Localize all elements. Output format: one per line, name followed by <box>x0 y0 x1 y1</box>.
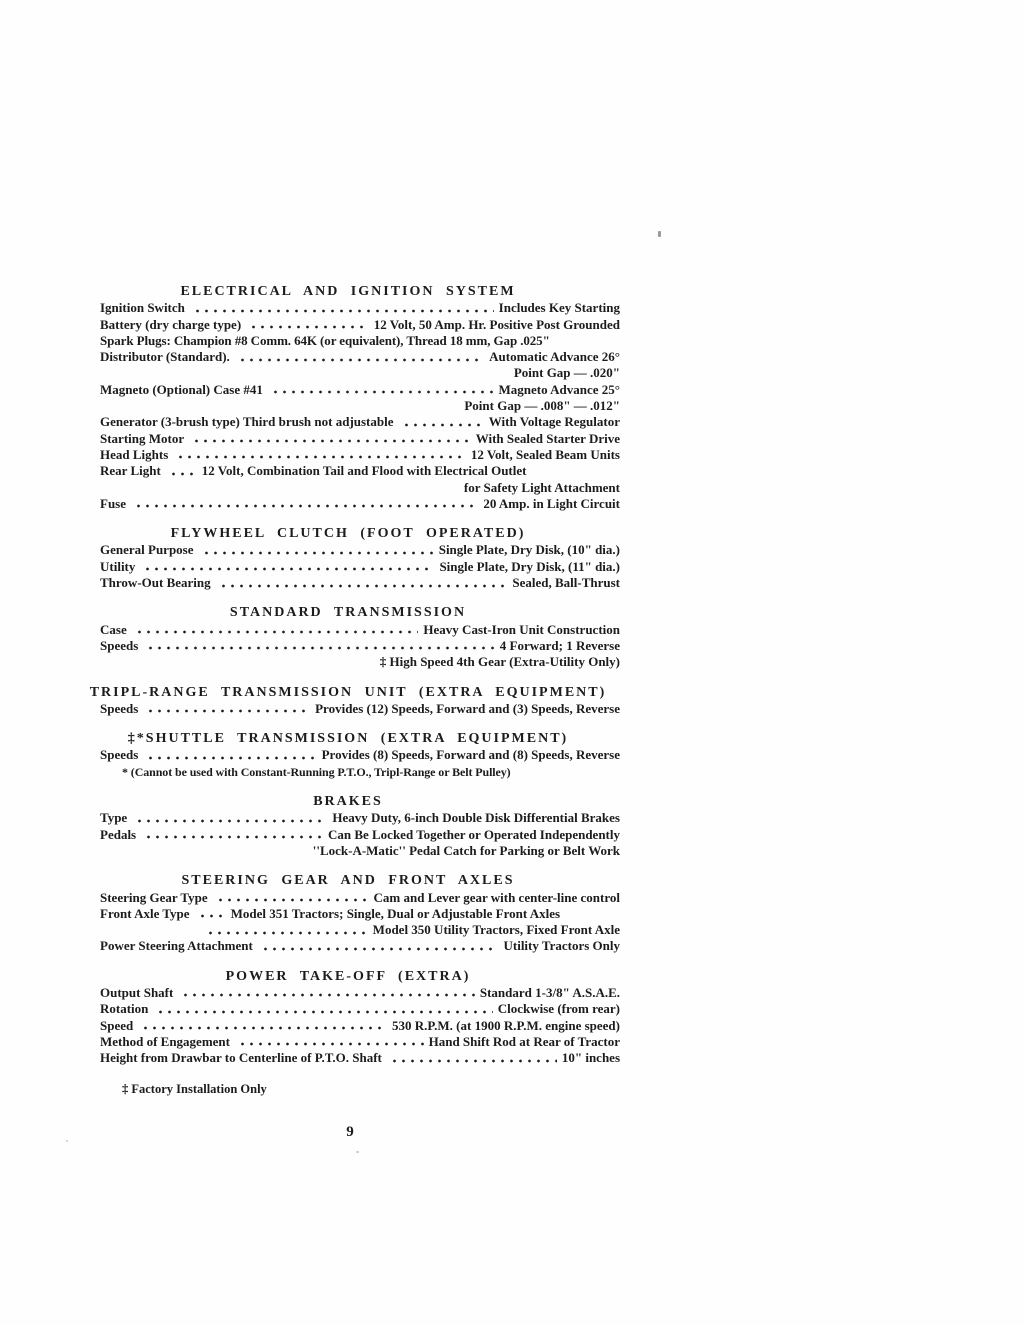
spec-label: Height from Drawbar to Centerline of P.T… <box>100 1050 382 1066</box>
spec-value: Magneto Advance 25° <box>499 382 620 398</box>
section: STEERING GEAR AND FRONT AXLESSteering Ge… <box>100 873 620 954</box>
spec-label: Speed <box>100 1018 133 1034</box>
spec-label: Front Axle Type <box>100 906 190 922</box>
spec-line: Rear Light12 Volt, Combination Tail and … <box>100 463 620 479</box>
dot-leader <box>139 1018 387 1034</box>
spec-text: ‡ High Speed 4th Gear (Extra-Utility Onl… <box>380 654 620 670</box>
spec-value: Includes Key Starting <box>499 300 620 316</box>
dot-leader <box>132 496 478 512</box>
dot-leader <box>142 827 323 843</box>
section-title: ‡*SHUTTLE TRANSMISSION (EXTRA EQUIPMENT) <box>88 731 608 747</box>
dot-leader <box>388 1050 557 1066</box>
spec-value: Single Plate, Dry Disk, (10" dia.) <box>439 542 620 558</box>
spec-value: With Sealed Starter Drive <box>476 431 620 447</box>
dot-leader <box>214 890 369 906</box>
spec-label: Ignition Switch <box>100 300 185 316</box>
spec-label: Output Shaft <box>100 985 173 1001</box>
section: BRAKESTypeHeavy Duty, 6-inch Double Disk… <box>100 794 620 859</box>
spec-value: Clockwise (from rear) <box>498 1001 620 1017</box>
spec-label: Generator (3-brush type) Third brush not… <box>100 414 394 430</box>
spec-content: ELECTRICAL AND IGNITION SYSTEMIgnition S… <box>100 284 620 1066</box>
spec-line: Point Gap — .008" — .012" <box>100 398 620 414</box>
spec-line: Distributor (Standard).Automatic Advance… <box>100 349 620 365</box>
spec-label: General Purpose <box>100 542 194 558</box>
spec-value: Provides (12) Speeds, Forward and (3) Sp… <box>315 701 620 717</box>
section: STANDARD TRANSMISSIONCaseHeavy Cast-Iron… <box>100 605 620 670</box>
section: TRIPL-RANGE TRANSMISSION UNIT (EXTRA EQU… <box>100 685 620 718</box>
dot-leader <box>400 414 484 430</box>
spec-label: Power Steering Attachment <box>100 938 253 954</box>
dot-leader <box>133 622 419 638</box>
spec-label: Pedals <box>100 827 136 843</box>
spec-line: Fuse20 Amp. in Light Circuit <box>100 496 620 512</box>
spec-line: RotationClockwise (from rear) <box>100 1001 620 1017</box>
section-title: TRIPL-RANGE TRANSMISSION UNIT (EXTRA EQU… <box>88 685 608 701</box>
spec-line: Ignition SwitchIncludes Key Starting <box>100 300 620 316</box>
spec-label: Speeds <box>100 638 138 654</box>
spec-line: Generator (3-brush type) Third brush not… <box>100 414 620 430</box>
spec-text: Point Gap — .020" <box>514 365 620 381</box>
section-title: FLYWHEEL CLUTCH (FOOT OPERATED) <box>88 526 608 542</box>
spec-value: 530 R.P.M. (at 1900 R.P.M. engine speed) <box>392 1018 620 1034</box>
spec-value: Standard 1-3/8" A.S.A.E. <box>480 985 620 1001</box>
spec-line: Height from Drawbar to Centerline of P.T… <box>100 1050 620 1066</box>
spec-label: Case <box>100 622 127 638</box>
spec-line: UtilitySingle Plate, Dry Disk, (11" dia.… <box>100 559 620 575</box>
section: FLYWHEEL CLUTCH (FOOT OPERATED)General P… <box>100 526 620 591</box>
spec-value: Utility Tractors Only <box>503 938 620 954</box>
spec-label: Throw-Out Bearing <box>100 575 211 591</box>
dot-leader <box>200 542 434 558</box>
section-title: BRAKES <box>88 794 608 810</box>
spec-line: Model 350 Utility Tractors, Fixed Front … <box>100 922 620 938</box>
spec-value: Model 351 Tractors; Single, Dual or Adju… <box>231 906 560 922</box>
spec-label: Type <box>100 810 127 826</box>
scan-speck <box>658 231 661 237</box>
spec-value: With Voltage Regulator <box>489 414 620 430</box>
spec-label: Fuse <box>100 496 126 512</box>
dot-leader <box>204 922 368 938</box>
spec-value: 12 Volt, Combination Tail and Flood with… <box>202 463 527 479</box>
dot-leader <box>217 575 508 591</box>
spec-label: Rear Light <box>100 463 161 479</box>
spec-label: Speeds <box>100 747 138 763</box>
spec-label: Rotation <box>100 1001 148 1017</box>
spec-value: 4 Forward; 1 Reverse <box>500 638 620 654</box>
dot-leader <box>174 447 466 463</box>
section: ‡*SHUTTLE TRANSMISSION (EXTRA EQUIPMENT)… <box>100 731 620 780</box>
spec-label: Speeds <box>100 701 138 717</box>
spec-line: SpeedsProvides (12) Speeds, Forward and … <box>100 701 620 717</box>
spec-line: PedalsCan Be Locked Together or Operated… <box>100 827 620 843</box>
spec-line: Head Lights12 Volt, Sealed Beam Units <box>100 447 620 463</box>
spec-value: Heavy Duty, 6-inch Double Disk Different… <box>332 810 620 826</box>
spec-label: Magneto (Optional) Case #41 <box>100 382 263 398</box>
footnote: ‡ Factory Installation Only <box>122 1081 267 1097</box>
spec-line: Spark Plugs: Champion #8 Comm. 64K (or e… <box>100 333 620 349</box>
dot-leader <box>247 317 369 333</box>
spec-line: Front Axle TypeModel 351 Tractors; Singl… <box>100 906 620 922</box>
spec-line: Battery (dry charge type)12 Volt, 50 Amp… <box>100 317 620 333</box>
spec-value: Heavy Cast-Iron Unit Construction <box>423 622 620 638</box>
spec-label: Distributor (Standard). <box>100 349 230 365</box>
section: ELECTRICAL AND IGNITION SYSTEMIgnition S… <box>100 284 620 512</box>
spec-line: * (Cannot be used with Constant-Running … <box>100 764 620 780</box>
dot-leader <box>269 382 494 398</box>
spec-line: Throw-Out BearingSealed, Ball-Thrust <box>100 575 620 591</box>
spec-line: CaseHeavy Cast-Iron Unit Construction <box>100 622 620 638</box>
spec-value: Cam and Lever gear with center-line cont… <box>374 890 620 906</box>
dot-leader <box>167 463 197 479</box>
spec-line: Output ShaftStandard 1-3/8" A.S.A.E. <box>100 985 620 1001</box>
spec-text: ''Lock-A-Matic'' Pedal Catch for Parking… <box>313 843 620 859</box>
dot-leader <box>236 349 484 365</box>
dot-leader <box>259 938 499 954</box>
spec-line: ''Lock-A-Matic'' Pedal Catch for Parking… <box>100 843 620 859</box>
section-title: STANDARD TRANSMISSION <box>88 605 608 621</box>
spec-line: for Safety Light Attachment <box>100 480 620 496</box>
spec-text: for Safety Light Attachment <box>464 480 620 496</box>
spec-label: Starting Motor <box>100 431 184 447</box>
spec-line: TypeHeavy Duty, 6-inch Double Disk Diffe… <box>100 810 620 826</box>
dot-leader <box>133 810 327 826</box>
section-title: ELECTRICAL AND IGNITION SYSTEM <box>88 284 608 300</box>
spec-line: Starting MotorWith Sealed Starter Drive <box>100 431 620 447</box>
spec-label: Battery (dry charge type) <box>100 317 241 333</box>
page-number: 9 <box>330 1124 370 1141</box>
dot-leader <box>190 431 471 447</box>
dot-leader <box>154 1001 492 1017</box>
spec-line: SpeedsProvides (8) Speeds, Forward and (… <box>100 747 620 763</box>
spec-line: Speeds4 Forward; 1 Reverse <box>100 638 620 654</box>
spec-line: Point Gap — .020" <box>100 365 620 381</box>
spec-value: Provides (8) Speeds, Forward and (8) Spe… <box>322 747 620 763</box>
spec-line: General PurposeSingle Plate, Dry Disk, (… <box>100 542 620 558</box>
spec-line: Power Steering AttachmentUtility Tractor… <box>100 938 620 954</box>
spec-line: Speed530 R.P.M. (at 1900 R.P.M. engine s… <box>100 1018 620 1034</box>
scanned-manual-page: ELECTRICAL AND IGNITION SYSTEMIgnition S… <box>0 0 1024 1325</box>
spec-value: Hand Shift Rod at Rear of Tractor <box>429 1034 620 1050</box>
spec-value: Can Be Locked Together or Operated Indep… <box>328 827 620 843</box>
spec-label: Utility <box>100 559 135 575</box>
spec-text: Point Gap — .008" — .012" <box>464 398 620 414</box>
spec-line: Magneto (Optional) Case #41Magneto Advan… <box>100 382 620 398</box>
spec-line: Method of EngagementHand Shift Rod at Re… <box>100 1034 620 1050</box>
spec-label: Method of Engagement <box>100 1034 230 1050</box>
spec-text: Spark Plugs: Champion #8 Comm. 64K (or e… <box>100 333 550 349</box>
scan-speck <box>66 1140 68 1142</box>
spec-value: Automatic Advance 26° <box>489 349 620 365</box>
dot-leader <box>144 747 316 763</box>
section-title: POWER TAKE-OFF (EXTRA) <box>88 969 608 985</box>
dot-leader <box>141 559 434 575</box>
spec-line: ‡ High Speed 4th Gear (Extra-Utility Onl… <box>100 654 620 670</box>
spec-label: Head Lights <box>100 447 168 463</box>
spec-label: Steering Gear Type <box>100 890 208 906</box>
spec-value: Single Plate, Dry Disk, (11" dia.) <box>439 559 620 575</box>
spec-value: 12 Volt, Sealed Beam Units <box>471 447 620 463</box>
dot-leader <box>236 1034 424 1050</box>
dot-leader <box>144 638 494 654</box>
spec-value: 20 Amp. in Light Circuit <box>483 496 620 512</box>
spec-line: Steering Gear TypeCam and Lever gear wit… <box>100 890 620 906</box>
section-title: STEERING GEAR AND FRONT AXLES <box>88 873 608 889</box>
spec-value: Sealed, Ball-Thrust <box>512 575 620 591</box>
spec-value: Model 350 Utility Tractors, Fixed Front … <box>373 922 620 938</box>
dot-leader <box>191 300 494 316</box>
dot-leader <box>196 906 226 922</box>
dot-leader <box>144 701 310 717</box>
scan-speck <box>356 1151 359 1153</box>
spec-value: 10" inches <box>562 1050 620 1066</box>
dot-leader <box>179 985 475 1001</box>
footnote-text: * (Cannot be used with Constant-Running … <box>122 764 511 780</box>
spec-value: 12 Volt, 50 Amp. Hr. Positive Post Groun… <box>374 317 620 333</box>
section: POWER TAKE-OFF (EXTRA)Output ShaftStanda… <box>100 969 620 1067</box>
